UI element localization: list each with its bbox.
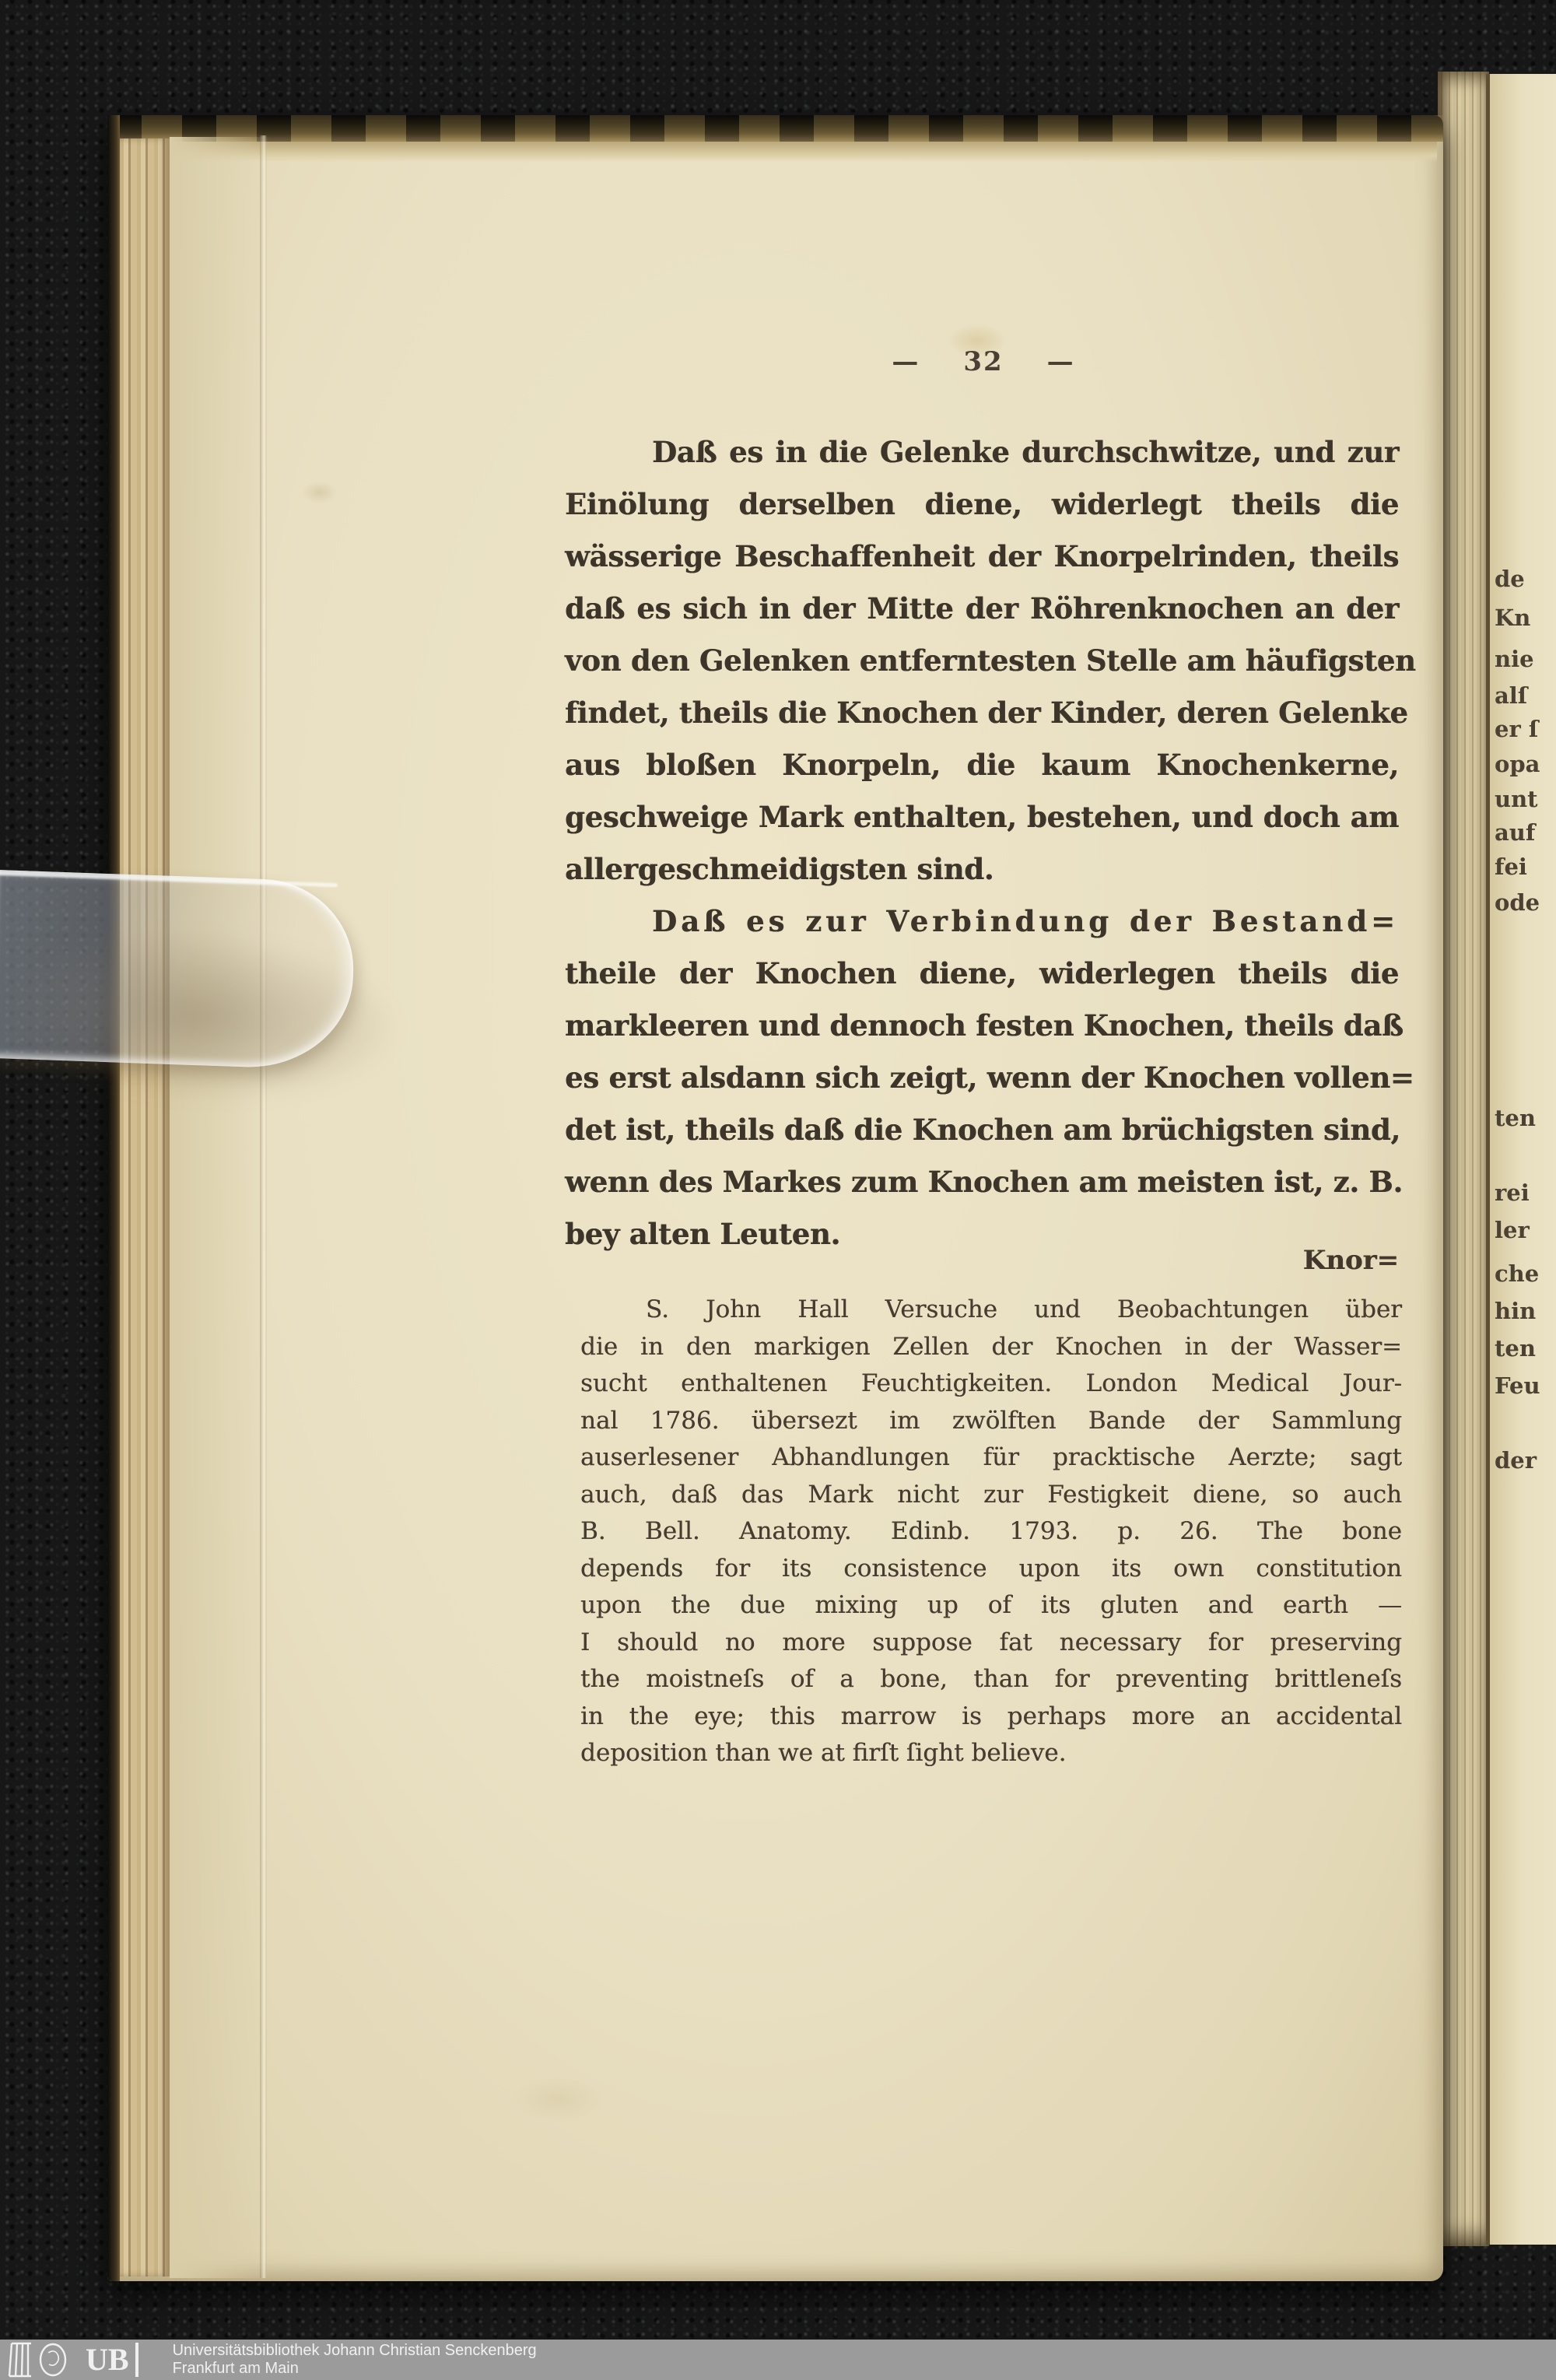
- next-page-text-fragment: de: [1495, 566, 1525, 592]
- footnote-line: die in den markigen Zellen der Knochen i…: [580, 1329, 1402, 1366]
- body-text: Daß es in die Gelenke durchschwitze, und…: [565, 426, 1399, 1260]
- gutter-torn-page-edges: [120, 138, 170, 2277]
- page-line-icon: [9, 2343, 12, 2376]
- footnote-line: sucht enthaltenen Feuchtigkeiten. London…: [580, 1365, 1402, 1403]
- next-page-text-fragment: alſ: [1495, 682, 1527, 709]
- body-line: daß es sich in der Mitte der Röhrenknoch…: [565, 583, 1399, 635]
- book-page: —32— Daß es in die Gelenke durchschwitze…: [107, 115, 1443, 2281]
- glass-page-weight: [0, 870, 356, 1071]
- body-line: von den Gelenken entferntesten Stelle am…: [565, 635, 1399, 687]
- library-footer-bar: UB Universitätsbibliothek Johann Christi…: [0, 2340, 1556, 2380]
- next-page-text-fragment: ten: [1495, 1335, 1536, 1362]
- next-page-text-fragment: er ſ: [1495, 716, 1538, 742]
- header-dash: —: [892, 346, 920, 377]
- body-line: es erst alsdann sich zeigt, wenn der Kno…: [565, 1052, 1399, 1104]
- paper-stain: [512, 2076, 605, 2122]
- body-line: markleeren und dennoch festen Knochen, t…: [565, 1000, 1399, 1052]
- pages-and-portrait-icon: [8, 2342, 82, 2378]
- next-page-text-fragment: der: [1495, 1447, 1537, 1474]
- next-page-text-fragment: Feu: [1495, 1372, 1540, 1399]
- footnote: S. John Hall Versuche und Beobachtungen …: [580, 1292, 1402, 1772]
- library-city: Frankfurt am Main: [173, 2360, 537, 2378]
- body-line: theile der Knochen diene, widerlegen the…: [565, 948, 1399, 1000]
- footnote-line: auch, daß das Mark nicht zur Festigkeit …: [580, 1477, 1402, 1514]
- page-top-deckle-edge: [110, 142, 1437, 162]
- gutter-shading: [170, 137, 271, 2278]
- page-header: —32—: [566, 346, 1400, 393]
- footnote-line: I should no more suppose fat necessary f…: [580, 1625, 1402, 1662]
- footnote-line: S. John Hall Versuche und Beobachtungen …: [580, 1292, 1402, 1329]
- body-line: findet, theils die Knochen der Kinder, d…: [565, 687, 1399, 739]
- next-page-text-fragment: nie: [1495, 646, 1534, 672]
- goethe-face-icon: [48, 2351, 58, 2365]
- next-page-text-fragment: ode: [1495, 889, 1540, 916]
- next-page-text-fragment: hin: [1495, 1298, 1536, 1324]
- footnote-line: the moistneſs of a bone, than for preven…: [580, 1661, 1402, 1698]
- body-line: wenn des Markes zum Knochen am meisten i…: [565, 1156, 1399, 1208]
- next-page-text-fragment: ler: [1495, 1217, 1530, 1243]
- goethe-portrait-icon: [40, 2344, 65, 2375]
- next-page-sliver: de Kn nie alſ er ſ opa unt auf fei ode t…: [1486, 74, 1556, 2245]
- footnote-line: upon the due mixing up of its gluten and…: [580, 1587, 1402, 1625]
- next-page-text-fragment: Kn: [1495, 605, 1530, 631]
- page-crease: [260, 135, 267, 2278]
- next-page-text-fragment: opa: [1495, 751, 1540, 777]
- body-line: geschweige Mark enthalten, bestehen, und…: [565, 791, 1399, 843]
- footnote-line: nal 1786. übersezt im zwölften Bande der…: [580, 1403, 1402, 1440]
- body-line: aus bloßen Knorpeln, die kaum Knochenker…: [565, 739, 1399, 791]
- footnote-line: auserlesener Abhandlungen für pracktisch…: [580, 1439, 1402, 1477]
- body-line: Einölung derselben diene, widerlegt thei…: [565, 478, 1399, 531]
- next-page-text-fragment: auf: [1495, 819, 1535, 846]
- body-line: wässerige Beschaffenheit der Knorpelrind…: [565, 531, 1399, 583]
- page-line-icon: [22, 2344, 23, 2376]
- body-line: allergeschmeidigsten sind.: [565, 843, 1399, 896]
- footnote-line: B. Bell. Anatomy. Edinb. 1793. p. 26. Th…: [580, 1513, 1402, 1551]
- paper-stain: [302, 481, 338, 504]
- next-page-text-fragment: rei: [1495, 1179, 1530, 1206]
- library-name: Universitätsbibliothek Johann Christian …: [173, 2342, 537, 2360]
- next-page-text-fragment: ten: [1495, 1105, 1536, 1131]
- page-stack-fore-edge: [1438, 72, 1489, 2246]
- body-line: Daß es zur Verbindung der Bestand=: [565, 896, 1399, 948]
- header-dash: —: [1047, 346, 1075, 377]
- page-number: 32: [963, 346, 1003, 377]
- cover-board-edge: [107, 115, 120, 2281]
- book-scan: de Kn nie alſ er ſ opa unt auf fei ode t…: [0, 0, 1556, 2380]
- ub-logo-text: UB: [86, 2343, 138, 2377]
- footnote-line: depends for its consistence upon its own…: [580, 1551, 1402, 1588]
- next-page-text-fragment: fei: [1495, 854, 1527, 880]
- next-page-text-fragment: che: [1495, 1260, 1539, 1287]
- page-line-icon: [16, 2343, 17, 2376]
- library-name-block: Universitätsbibliothek Johann Christian …: [173, 2342, 537, 2378]
- ub-logo: UB: [8, 2341, 138, 2378]
- cover-top-edge: [107, 115, 1443, 142]
- body-line: det ist, theils daß die Knochen am brüch…: [565, 1104, 1399, 1156]
- next-page-text-fragment: unt: [1495, 786, 1538, 812]
- footnote-line: in the eye; this marrow is perhaps more …: [580, 1698, 1402, 1736]
- catchword: Knor=: [565, 1245, 1399, 1276]
- body-line: Daß es in die Gelenke durchschwitze, und…: [565, 426, 1399, 478]
- footnote-line: deposition than we at firſt ſight believ…: [580, 1735, 1402, 1772]
